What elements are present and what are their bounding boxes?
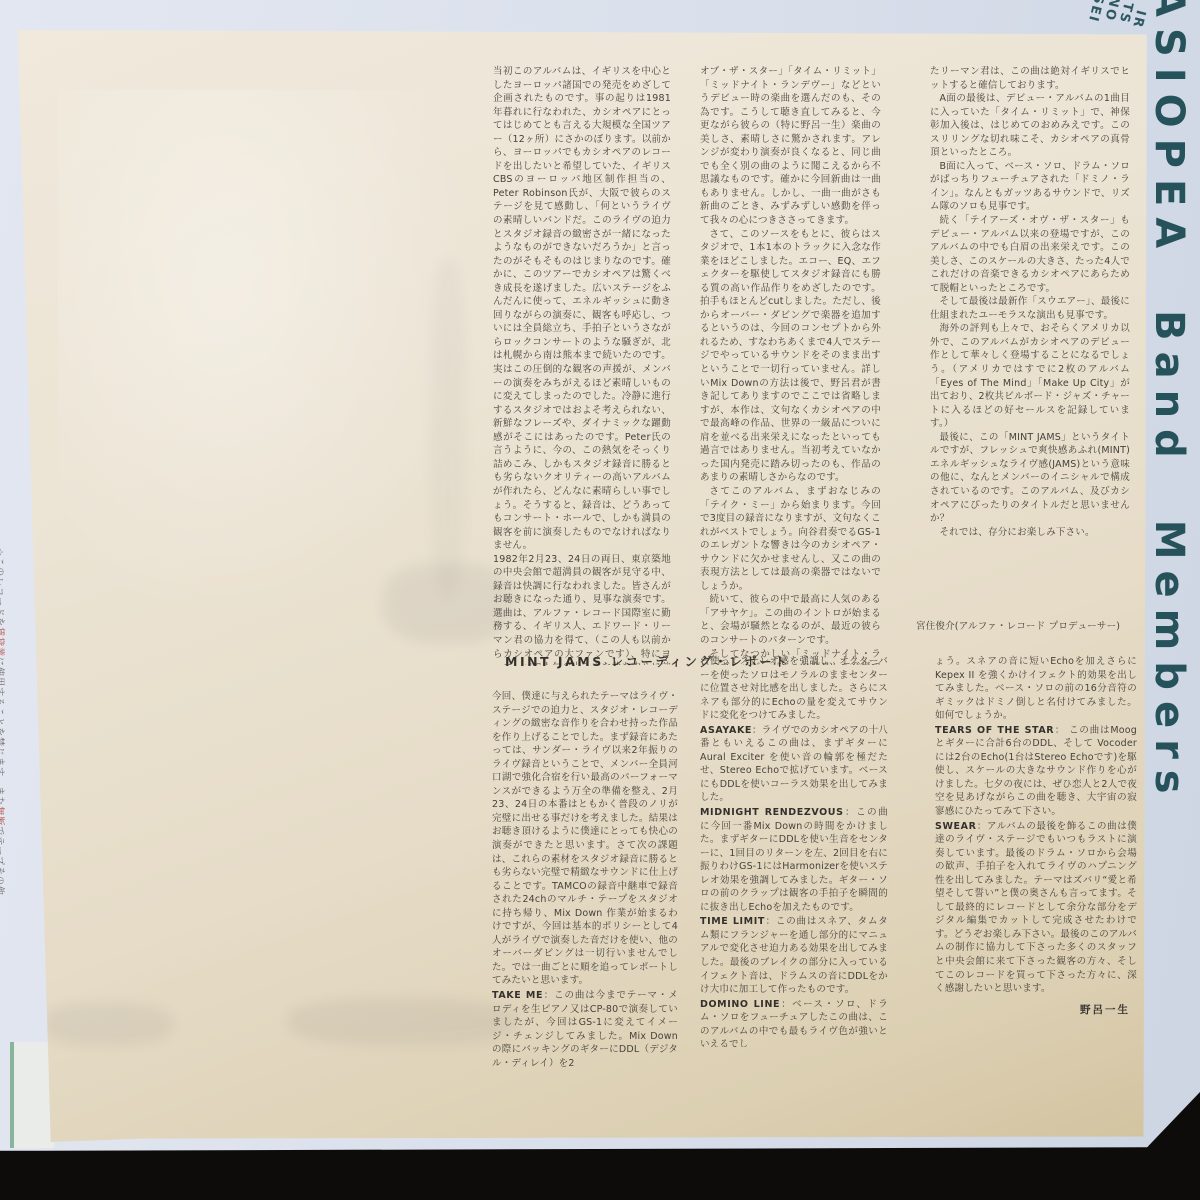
essay-paragraph: 海外の評判も上々で、おそらくアメリカ以外で、このアルバムがカシオペアのデビュー作…: [930, 322, 1130, 430]
print-showthrough: [43, 1003, 173, 1045]
report-paragraph: ょう。スネアの音に短いEchoを加えさらにKepex II を強くかけイフェクト…: [935, 655, 1137, 723]
essay-paragraph: 1982年2月23、24日の両日、東京築地の中央会館で超満員の観客が見守る中、録…: [493, 553, 671, 665]
essay-paragraph: 続いて、彼らの中で最高に人気のある「アサヤケ」。この曲のイントロが始まると、会場…: [700, 593, 881, 647]
print-showthrough: [430, 258, 466, 598]
photo-background: ASIOPEA Band Members SEI NO TS IR ☆このレコー…: [0, 0, 1200, 1200]
essay-paragraph: オブ・ザ・スター」「タイム・リミット」「ミッドナイト・ランデヴー」などというデビ…: [700, 65, 881, 228]
track-note: ：この曲はスネア、タムタム類にフランジャーを通し部分的にマニュアルで変化させ迫力…: [700, 916, 888, 995]
track-name: ASAYAKE: [700, 725, 752, 736]
track-name: TAKE ME: [492, 990, 543, 1001]
artist-signature: 野呂一生: [935, 1002, 1136, 1017]
report-column-3: ょう。スネアの音に短いEchoを加えさらにKepex II を強くかけイフェクト…: [935, 655, 1137, 995]
report-column-1: 今回、僕達に与えられたテーマはライヴ・ステージでの迫力と、スタジオ・レコーディン…: [492, 690, 678, 1072]
track-note: ： この曲はMoogとギターに合計6台のDDL、そして Vocoder には2台…: [935, 725, 1137, 817]
track-name: SWEAR: [935, 821, 976, 832]
producer-credit: 宮住俊介(アルファ・レコード プロデューサー): [916, 618, 1146, 632]
essay-paragraph: 最後に、この「MINT JAMS」というタイトルですが、フレッシュで爽快感あふれ…: [930, 431, 1130, 526]
essay-paragraph: 続く「テイアーズ・オヴ・ザ・スター」もデビュー・アルバム以来の登場ですが、このア…: [930, 214, 1130, 295]
essay-paragraph: そして最後は最新作「スウエアー」、最後に仕組まれたユーモラスな演出も見事です。: [930, 295, 1130, 322]
track-name: DOMINO LINE: [700, 999, 780, 1010]
essay-paragraph: さてこのアルバム、まずおなじみの「テイク・ミー」から始まります。今回で3度目の録…: [700, 485, 881, 593]
report-column-2: 台使ってステレオ感を強調し、オクターバーを使ったソロはモノラルのままセンターに位…: [700, 655, 888, 1047]
track-entry: TAKE ME：この曲は今までテーマ・メロディを生ピアノ又はCP-80で演奏して…: [492, 989, 678, 1070]
essay-column-1: 当初このアルバムは、イギリスを中心としたヨーロッパ諸国での発売をめざして企画され…: [493, 65, 671, 665]
rental-notice-text: ☆このレコードを: [0, 548, 4, 627]
inner-sleeve-edge: [10, 1042, 54, 1148]
track-name: TEARS OF THE STAR: [935, 725, 1054, 736]
track-name: TIME LIMIT: [700, 916, 765, 927]
track-entry: TIME LIMIT：この曲はスネア、タムタム類にフランジャーを通し部分的にマニ…: [700, 915, 888, 996]
track-entry: DOMINO LINE：ベース・ソロ、ドラム・ソロをフューチュアしたこの曲は、こ…: [700, 998, 888, 1047]
rental-notice-text: でテープその他: [0, 826, 4, 896]
track-note: ：アルバムの最後を飾るこの曲は僕達のライヴ・ステージでもいつもラストに演奏してい…: [935, 821, 1137, 995]
essay-paragraph: たリーマン君は、この曲は絶対イギリスでヒットすると確信しております。: [930, 65, 1130, 92]
rental-notice-text: に使用することを禁じます。また: [0, 657, 4, 806]
track-note: ：この曲は今までテーマ・メロディを生ピアノ又はCP-80で演奏していましたが、今…: [492, 990, 678, 1069]
essay-paragraph: B面に入って、ベース・ソロ、ドラム・ソロがばっちりフューチュアされた「ドミノ・ラ…: [930, 160, 1130, 214]
essay-paragraph: 当初このアルバムは、イギリスを中心としたヨーロッパ諸国での発売をめざして企画され…: [493, 65, 671, 553]
print-showthrough: [288, 998, 518, 1046]
track-note: ：ライヴでのカシオペアの十八番ともいえるこの曲は、まずギターにAural Exc…: [700, 725, 888, 804]
sleeve-artist-title: ASIOPEA Band Members: [1146, 0, 1192, 805]
track-entry: ASAYAKE：ライヴでのカシオペアの十八番ともいえるこの曲は、まずギターにAu…: [700, 724, 888, 805]
essay-column-3: たリーマン君は、この曲は絶対イギリスでヒットすると確信しております。 A面の最後…: [930, 65, 1130, 593]
essay-paragraph: A面の最後は、デビュー・アルバムの1曲目に入っていた「タイム・リミット」で、神保…: [930, 92, 1130, 160]
essay-paragraph: さて、このソースをもとに、彼らはスタジオで、1本1本のトラックに入念な作業をほど…: [700, 228, 881, 485]
rental-notice-text-red: 賃貸業: [0, 627, 4, 657]
report-intro: 今回、僕達に与えられたテーマはライヴ・ステージでの迫力と、スタジオ・レコーディン…: [492, 690, 678, 988]
liner-notes-sheet: 当初このアルバムは、イギリスを中心としたヨーロッパ諸国での発売をめざして企画され…: [18, 30, 1148, 1142]
track-name: MIDNIGHT RENDEZVOUS: [700, 807, 844, 818]
track-entry: MIDNIGHT RENDEZVOUS：この曲に今回一番Mix Downの時間を…: [700, 806, 888, 914]
track-entry: TEARS OF THE STAR： この曲はMoogとギターに合計6台のDDL…: [935, 724, 1137, 819]
paper-highlight: [58, 90, 478, 630]
track-note: ：この曲に今回一番Mix Downの時間をかけました。まずギターにDDLを使い生…: [700, 807, 888, 913]
rental-notice-text-red: 無断: [0, 806, 4, 826]
track-entry: SWEAR：アルバムの最後を飾るこの曲は僕達のライヴ・ステージでもいつもラストに…: [935, 820, 1137, 995]
report-paragraph: 台使ってステレオ感を強調し、オクターバーを使ったソロはモノラルのままセンターに位…: [700, 655, 888, 723]
essay-column-2: オブ・ザ・スター」「タイム・リミット」「ミッドナイト・ランデヴー」などというデビ…: [700, 65, 881, 665]
rental-notice: ☆このレコードを賃貸業に使用することを禁じます。また無断でテープその他: [0, 548, 7, 896]
essay-paragraph: それでは、存分にお楽しみ下さい。: [930, 526, 1130, 540]
